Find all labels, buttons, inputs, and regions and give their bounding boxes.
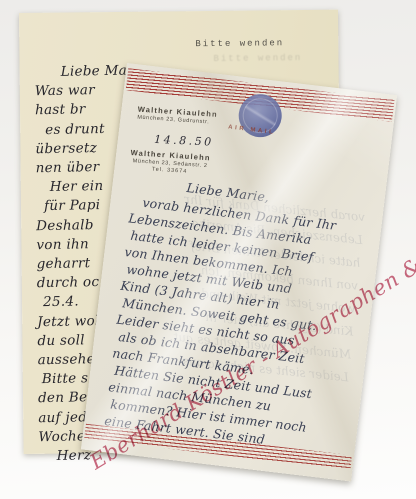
sender-rubber-stamp-1: Walther Kiaulehn München 23, Gudrunstr. (137, 105, 218, 126)
typed-note-bleedthrough: Bitte wenden (213, 53, 302, 64)
typed-note: Bitte wenden (195, 38, 284, 49)
handwriting-line: übersetz (35, 138, 128, 159)
handwriting-line: hast br (35, 100, 128, 121)
photo-backdrop: Bitte wenden Bitte wenden Liebe Ma Was w… (0, 0, 416, 499)
handwritten-date: 14.8.50 (154, 133, 214, 149)
handwriting-line: Liebe Ma (60, 62, 127, 82)
sender-rubber-stamp-2: Walther Kiaulehn München 23, Sedanstr. 2… (129, 148, 211, 176)
airmail-letter-page: AIR MAIL Walther Kiaulehn München 23, Gu… (81, 63, 397, 481)
handwriting-line: Was war (35, 81, 128, 102)
handwriting-line: es drunt (45, 119, 128, 140)
